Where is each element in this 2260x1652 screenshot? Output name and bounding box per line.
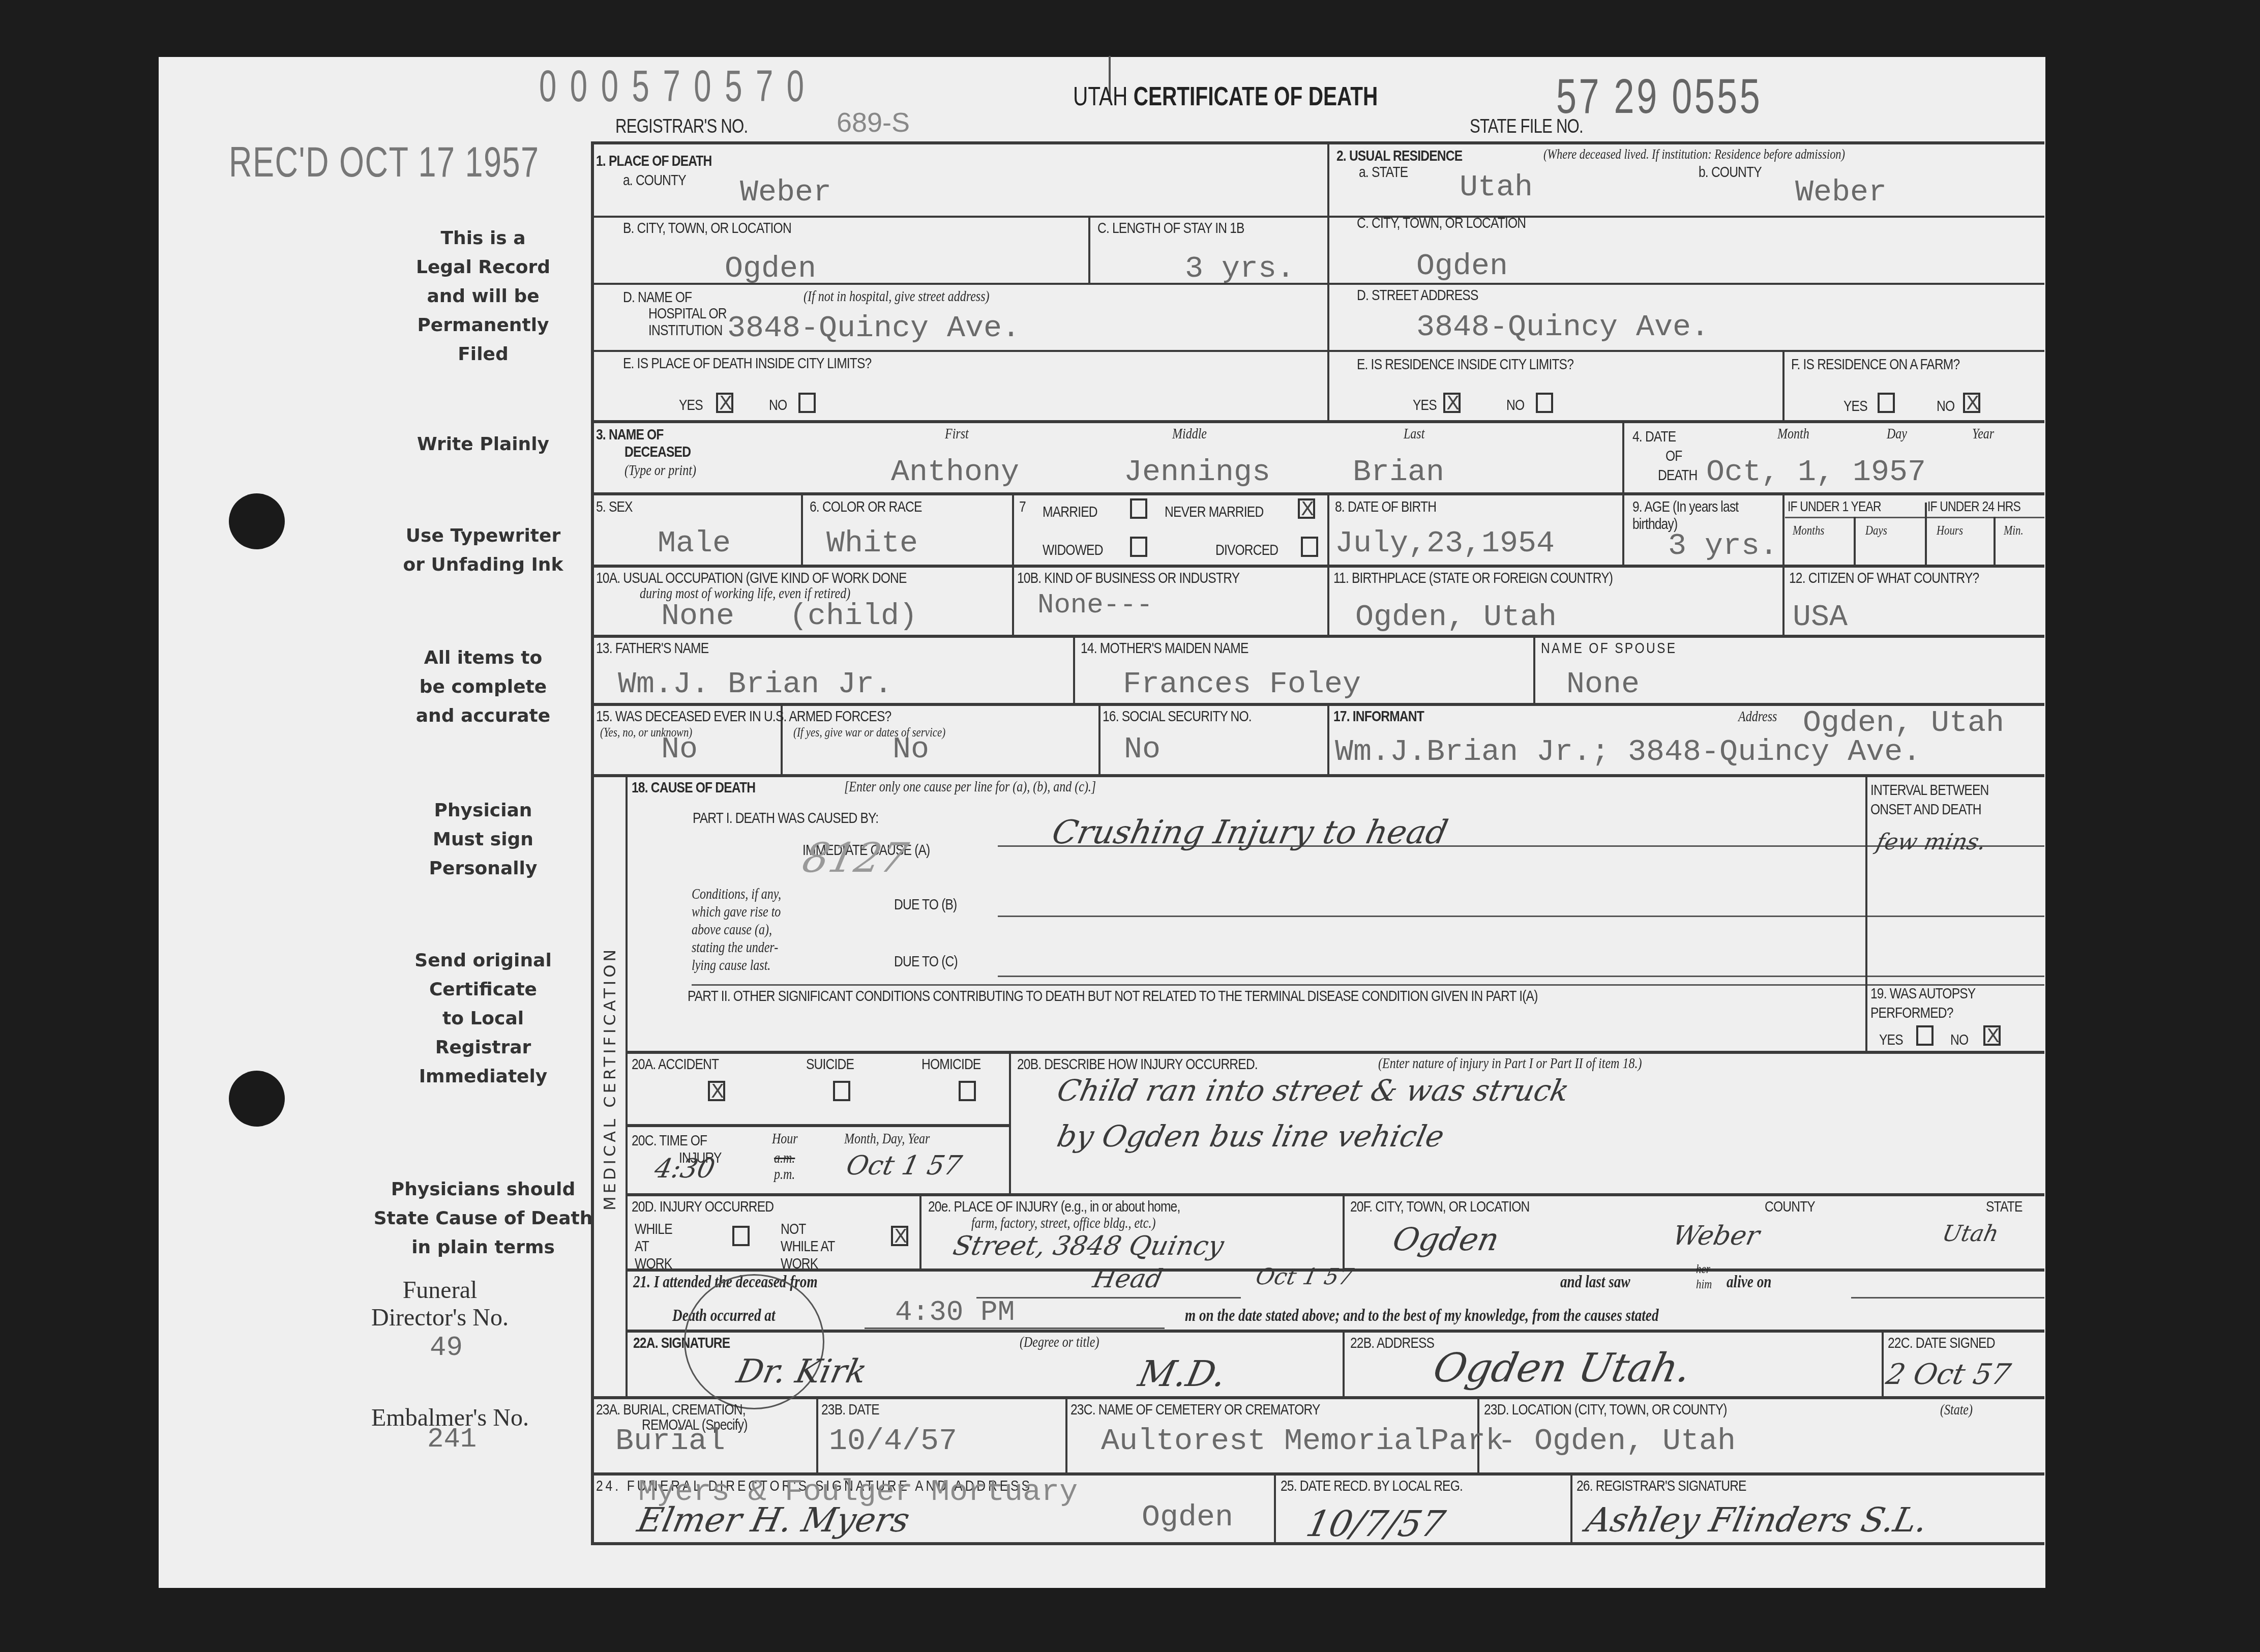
res-county-value: Weber — [1795, 175, 1887, 210]
divider — [627, 1124, 1009, 1127]
cause-c-line — [998, 976, 2044, 977]
divider — [627, 1193, 2044, 1196]
funeral-director-no: 49 — [430, 1333, 463, 1364]
suicide-label: SUICIDE — [806, 1056, 854, 1073]
res-yes-label: YES — [1413, 397, 1437, 414]
armed-value: No — [661, 732, 698, 767]
registrar-no-value: 689-S — [837, 107, 910, 138]
dob-label: 8. DATE OF BIRTH — [1335, 498, 1436, 516]
pod-stay-value: 3 yrs. — [1185, 252, 1295, 286]
pod-no-label: NO — [769, 397, 787, 414]
cemetery-value: Aultorest MemorialPark — [1101, 1424, 1504, 1459]
divider — [591, 635, 2044, 638]
pod-hospital-label-2: HOSPITAL OR — [648, 305, 727, 322]
pod-hospital-label-1: d. NAME OF — [623, 289, 692, 306]
col-divider — [1854, 517, 1856, 565]
divider — [591, 216, 2044, 218]
autopsy-no-label: NO — [1950, 1031, 1968, 1049]
col-divider — [1782, 492, 1785, 637]
spouse-label: NAME OF SPOUSE — [1541, 640, 1677, 657]
name-label-1: 3. NAME OF — [596, 426, 664, 444]
pod-inside-city-yes-checkbox[interactable] — [716, 393, 733, 413]
attended-from-value: Head — [1090, 1264, 1165, 1293]
disposition-date-label: 23b. DATE — [821, 1401, 879, 1419]
first-name-value: Anthony — [891, 455, 1019, 490]
married-label: MARRIED — [1043, 504, 1097, 521]
autopsy-yes-label: YES — [1879, 1031, 1903, 1049]
location-label: 23d. LOCATION (City, town, or county) — [1484, 1401, 1727, 1419]
autopsy-no-checkbox[interactable] — [1983, 1025, 2001, 1046]
usual-residence-label: 2. USUAL RESIDENCE — [1336, 147, 1462, 165]
divider — [591, 492, 2044, 495]
res-inside-city-yes-checkbox[interactable] — [1443, 393, 1461, 413]
col-divider — [919, 1193, 921, 1268]
res-county-label: b. COUNTY — [1699, 164, 1762, 181]
autopsy-yes-checkbox[interactable] — [1916, 1025, 1934, 1046]
place-label: 20e. PLACE OF INJURY (e.g., in or about … — [928, 1198, 1180, 1216]
age-label: 9. AGE (In years last birthday) — [1632, 498, 1766, 533]
funeral-director-signature: Elmer H. Myers — [634, 1500, 913, 1540]
dod-month-label: Month — [1777, 425, 1809, 442]
pod-hospital-label-3: INSTITUTION — [648, 322, 722, 339]
dod-year-label: Year — [1972, 425, 1994, 442]
col-divider — [1012, 492, 1014, 637]
divider — [627, 1051, 2044, 1054]
sex-value: Male — [658, 526, 731, 561]
part1-label: PART I. DEATH WAS CAUSED BY: — [693, 810, 878, 827]
pod-inside-city-label: e. IS PLACE OF DEATH INSIDE CITY LIMITS? — [623, 355, 871, 372]
res-street-value: 3848-Quincy Ave. — [1416, 310, 1709, 345]
place-hint: farm, factory, street, office bldg., etc… — [971, 1215, 1155, 1232]
not-while-work-label: NOT WHILE AT WORK — [781, 1221, 843, 1273]
degree-label: (Degree or title) — [1020, 1334, 1099, 1351]
not-while-work-checkbox[interactable] — [891, 1226, 908, 1246]
mother-value: Frances Foley — [1123, 667, 1361, 702]
location-value: - Ogden, Utah — [1498, 1424, 1736, 1459]
divider — [591, 350, 2044, 352]
under24-label: IF UNDER 24 HRS — [1927, 498, 2020, 515]
date-signed-value: 2 Oct 57 — [1883, 1358, 2013, 1391]
describe-hint: (Enter nature of injury in Part I or Par… — [1378, 1055, 1642, 1072]
age-value: 3 yrs. — [1668, 529, 1778, 564]
informant-label: 17. INFORMANT — [1333, 708, 1424, 725]
col-divider — [1782, 350, 1785, 421]
date-of-death-value: Oct, 1, 1957 — [1706, 455, 1926, 490]
cemetery-label: 23c. NAME OF CEMETERY OR CREMATORY — [1070, 1401, 1320, 1419]
middle-label: Middle — [1172, 425, 1207, 442]
col-divider — [1009, 1051, 1011, 1193]
col-divider — [1065, 1396, 1067, 1472]
embalmer-no: 241 — [427, 1424, 477, 1455]
death-at-value: 4:30 PM — [895, 1296, 1015, 1329]
while-work-label: WHILE AT WORK — [635, 1221, 685, 1273]
res-state-value: Utah — [1460, 170, 1533, 205]
injury-city-label: 20f. CITY, TOWN, OR LOCATION — [1350, 1198, 1529, 1216]
pod-county-label: a. COUNTY — [623, 172, 686, 189]
location-state-label: (State) — [1940, 1401, 1973, 1419]
mother-label: 14. MOTHER'S MAIDEN NAME — [1081, 640, 1248, 657]
col-divider — [1925, 503, 1927, 565]
res-farm-yes-label: YES — [1843, 398, 1867, 415]
pod-city-label: b. CITY, TOWN, OR LOCATION — [623, 220, 791, 237]
race-value: White — [826, 526, 918, 561]
note-write-plainly: Write Plainly — [356, 430, 610, 459]
col-divider — [816, 1396, 818, 1472]
immediate-cause-value: Crushing Injury to head — [1049, 814, 1451, 851]
serial-number: 000570570 — [539, 60, 818, 112]
dod-label-1: 4. DATE — [1632, 428, 1676, 446]
autopsy-label: 19. WAS AUTOPSY PERFORMED? — [1870, 984, 1996, 1023]
res-city-value: Ogden — [1416, 249, 1508, 284]
date-recd-value: 10/7/57 — [1302, 1503, 1448, 1545]
binder-hole-top — [229, 493, 285, 549]
part2-label: PART II. OTHER SIGNIFICANT CONDITIONS CO… — [688, 988, 1538, 1005]
note-cause-plain: Physicians should State Cause of Death i… — [356, 1175, 610, 1262]
under1-line — [1785, 517, 2044, 518]
injury-county-label: COUNTY — [1765, 1198, 1815, 1216]
hours-label: Hours — [1937, 523, 1963, 538]
birthplace-value: Ogden, Utah — [1355, 600, 1557, 635]
divider — [591, 774, 2044, 777]
divider — [627, 1330, 2044, 1333]
divider — [591, 1396, 2044, 1399]
place-value: Street, 3848 Quincy — [950, 1231, 1227, 1261]
married-checkbox[interactable] — [1130, 498, 1147, 519]
place-of-death-label: 1. PLACE OF DEATH — [596, 153, 712, 170]
suicide-checkbox[interactable] — [833, 1081, 850, 1101]
interval-label: INTERVAL BETWEEN ONSET AND DEATH — [1870, 781, 1991, 819]
him-label: him — [1696, 1277, 1712, 1292]
occurred-label: 20d. INJURY OCCURRED — [632, 1198, 774, 1216]
physician-degree: M.D. — [1135, 1353, 1230, 1395]
dod-day-label: Day — [1887, 425, 1907, 442]
state-file-number: 57 29 0555 — [1556, 69, 1762, 125]
certificate-title: UTAH CERTIFICATE OF DEATH — [1073, 81, 1378, 112]
divider — [591, 565, 2044, 568]
injury-date-value: Oct 1 57 — [844, 1150, 965, 1181]
physician-signature: Dr. Kirk — [733, 1353, 870, 1391]
cause-b-line — [998, 916, 2044, 917]
min-label: Min. — [2004, 523, 2024, 538]
pod-yes-label: YES — [679, 397, 703, 414]
spouse-value: None — [1566, 667, 1640, 702]
note-typewriter: Use Typewriter or Unfading Ink — [356, 521, 610, 579]
father-value: Wm.J. Brian Jr. — [618, 667, 893, 702]
middle-name-value: Jennings — [1124, 455, 1270, 490]
accident-label: 20a. ACCIDENT — [632, 1056, 719, 1073]
describe-line-1: Child ran into street & was struck — [1054, 1073, 1572, 1108]
her-label: her — [1696, 1261, 1710, 1277]
sex-label: 5. SEX — [596, 498, 633, 516]
col-divider — [1327, 141, 1329, 421]
title-prefix: UTAH — [1073, 82, 1127, 111]
pod-hospital-hint: (If not in hospital, give street address… — [804, 288, 990, 305]
father-label: 13. FATHER'S NAME — [596, 640, 708, 657]
never-married-label: NEVER MARRIED — [1165, 504, 1263, 521]
ssn-value: No — [1124, 732, 1161, 767]
note-send-original: Send original Certificate to Local Regis… — [356, 946, 610, 1091]
res-farm-label: f. IS RESIDENCE ON A FARM? — [1791, 356, 1959, 373]
injury-state-label: STATE — [1986, 1198, 2023, 1216]
time-value: 4:30 — [652, 1154, 718, 1184]
binder-hole-bottom — [229, 1071, 285, 1127]
state-file-label: STATE FILE NO. — [1470, 116, 1583, 138]
res-farm-no-label: NO — [1937, 398, 1954, 415]
res-farm-no-checkbox[interactable] — [1963, 393, 1980, 413]
col-divider — [1533, 635, 1535, 703]
col-divider — [1274, 1472, 1276, 1544]
res-street-label: d. STREET ADDRESS — [1357, 287, 1478, 304]
burial-label-1: 23a. BURIAL, CREMATION, — [596, 1401, 746, 1419]
col-divider — [1570, 1472, 1572, 1544]
under1-label: IF UNDER 1 YEAR — [1788, 498, 1881, 515]
pod-hospital-value: 3848-Quincy Ave. — [727, 311, 1020, 346]
col-divider — [1343, 1330, 1345, 1396]
divorced-label: DIVORCED — [1215, 542, 1278, 559]
note-legal-record: This is a Legal Record and will be Perma… — [356, 224, 610, 369]
death-at-suffix: m on the date stated above; and to the b… — [1185, 1306, 1659, 1325]
burial-value: Burial — [615, 1424, 725, 1459]
received-stamp: REC'D OCT 17 1957 — [229, 137, 540, 187]
pod-inside-city-no-checkbox[interactable] — [798, 393, 816, 413]
res-inside-city-no-checkbox[interactable] — [1536, 393, 1553, 413]
pod-county-value: Weber — [740, 175, 831, 210]
pod-city-value: Ogden — [725, 252, 816, 286]
widowed-label: WIDOWED — [1043, 542, 1103, 559]
race-label: 6. COLOR OR RACE — [810, 498, 922, 516]
note-complete: All items to be complete and accurate — [356, 643, 610, 730]
cert-address-label: 22b. ADDRESS — [1350, 1335, 1434, 1352]
col-divider — [1994, 517, 1996, 565]
dod-label-3: DEATH — [1658, 467, 1697, 484]
hour-label: Hour — [772, 1130, 798, 1147]
alive-on-line — [1851, 1297, 2044, 1299]
accident-checkbox[interactable] — [708, 1081, 725, 1101]
describe-line-2: by Ogden bus line vehicle — [1054, 1119, 1447, 1154]
business-value: None--- — [1037, 590, 1153, 621]
res-inside-city-label: e. IS RESIDENCE INSIDE CITY LIMITS? — [1357, 356, 1573, 373]
registrar-signature: Ashley Flinders S.L. — [1583, 1500, 1931, 1540]
occupation-label: 10a. USUAL OCCUPATION (Give kind of work… — [596, 570, 907, 587]
res-farm-yes-checkbox[interactable] — [1878, 393, 1895, 413]
armed-service-value: No — [893, 732, 929, 767]
col-divider — [1088, 216, 1090, 284]
part2-line — [692, 984, 2044, 986]
informant-value: Wm.J.Brian Jr.; 3848-Quincy Ave. — [1335, 735, 1921, 770]
cause-label: 18. CAUSE OF DEATH — [632, 779, 755, 796]
mdy-label: Month, Day, Year — [844, 1130, 930, 1147]
injury-city-value: Ogden — [1389, 1221, 1502, 1258]
res-no-label: NO — [1506, 397, 1524, 414]
dob-value: July,23,1954 — [1335, 526, 1555, 561]
conditions-text: Conditions, if any, which gave rise to a… — [692, 885, 781, 974]
disposition-date-value: 10/4/57 — [829, 1424, 957, 1459]
res-state-label: a. STATE — [1359, 164, 1408, 181]
funeral-director-label: Funeral Director's No. — [371, 1277, 509, 1332]
citizen-value: USA — [1793, 600, 1848, 635]
interval-value: few mins. — [1874, 829, 1989, 855]
alive-label: alive on — [1727, 1273, 1771, 1292]
months-label: Months — [1793, 523, 1824, 538]
citizen-label: 12. CITIZEN OF WHAT COUNTRY? — [1789, 570, 1979, 587]
cert-address-value: Ogden Utah. — [1429, 1345, 1695, 1391]
col-divider — [1098, 703, 1101, 774]
attended-from-line — [976, 1297, 1241, 1299]
occupation-value: None (child) — [661, 599, 917, 634]
marital-num: 7 — [1019, 498, 1026, 516]
med-cert-divider — [626, 774, 628, 1397]
homicide-label: HOMICIDE — [921, 1056, 980, 1073]
name-hint: (Type or print) — [625, 462, 696, 479]
date-signed-label: 22c. DATE SIGNED — [1888, 1335, 1995, 1352]
am-label: a.m. — [774, 1149, 795, 1167]
note-physician-sign: Physician Must sign Personally — [356, 796, 610, 883]
col-divider — [801, 492, 803, 565]
usual-residence-hint: (Where deceased lived. If institution: R… — [1543, 146, 1845, 163]
registrar-sig-label: 26. REGISTRAR'S SIGNATURE — [1577, 1478, 1746, 1495]
col-divider — [1882, 1330, 1884, 1396]
divider — [591, 420, 2044, 423]
pm-label: p.m. — [774, 1166, 795, 1183]
col-divider — [1343, 1193, 1345, 1268]
col-divider — [1327, 703, 1329, 774]
days-label: Days — [1865, 523, 1887, 538]
homicide-checkbox[interactable] — [959, 1081, 976, 1101]
last-name-value: Brian — [1353, 455, 1444, 490]
title-main: CERTIFICATE OF DEATH — [1134, 82, 1378, 111]
business-label: 10b. KIND OF BUSINESS OR INDUSTRY — [1017, 570, 1239, 587]
col-divider — [1327, 492, 1329, 637]
attended-to-value: Oct 1 57 — [1254, 1264, 1356, 1290]
res-city-label: c. CITY, TOWN, OR LOCATION — [1357, 215, 1526, 232]
date-recd-label: 25. DATE RECD. BY LOCAL REG. — [1281, 1478, 1463, 1495]
pod-stay-label: c. LENGTH OF STAY IN 1b — [1097, 220, 1244, 237]
widowed-checkbox[interactable] — [1130, 537, 1147, 557]
funeral-city-value: Ogden — [1142, 1500, 1233, 1535]
ssn-label: 16. SOCIAL SECURITY NO. — [1103, 708, 1252, 725]
due-b-label: DUE TO (b) — [894, 896, 957, 913]
name-label-2: DECEASED — [625, 444, 691, 461]
cause-code: 8127 — [798, 834, 912, 881]
first-label: First — [945, 425, 969, 442]
due-c-label: DUE TO (c) — [894, 953, 958, 970]
cause-hint: [Enter only one cause per line for (a), … — [844, 778, 1096, 795]
injury-county-value: Weber — [1670, 1221, 1763, 1251]
col-divider — [1865, 774, 1867, 1052]
dod-label-2: OF — [1666, 448, 1682, 465]
never-married-checkbox[interactable] — [1298, 498, 1315, 519]
last-label: Last — [1404, 425, 1424, 442]
divorced-checkbox[interactable] — [1301, 537, 1318, 557]
informant-address-label: Address — [1738, 708, 1777, 725]
last-saw-label: and last saw — [1560, 1273, 1630, 1292]
birthplace-label: 11. BIRTHPLACE (State or foreign country… — [1333, 570, 1613, 587]
medical-certification-label: MEDICAL CERTIFICATION — [600, 947, 619, 1211]
time-label-1: 20c. TIME OF — [632, 1132, 707, 1149]
col-divider — [1622, 420, 1624, 565]
describe-label: 20b. DESCRIBE HOW INJURY OCCURRED. — [1017, 1056, 1258, 1073]
armed-label: 15. WAS DECEASED EVER IN U.S. ARMED FORC… — [596, 708, 891, 725]
while-work-checkbox[interactable] — [732, 1226, 750, 1246]
registrar-no-label: REGISTRAR'S NO. — [615, 116, 748, 138]
injury-state-value: Utah — [1940, 1221, 2001, 1247]
col-divider — [1073, 635, 1075, 703]
